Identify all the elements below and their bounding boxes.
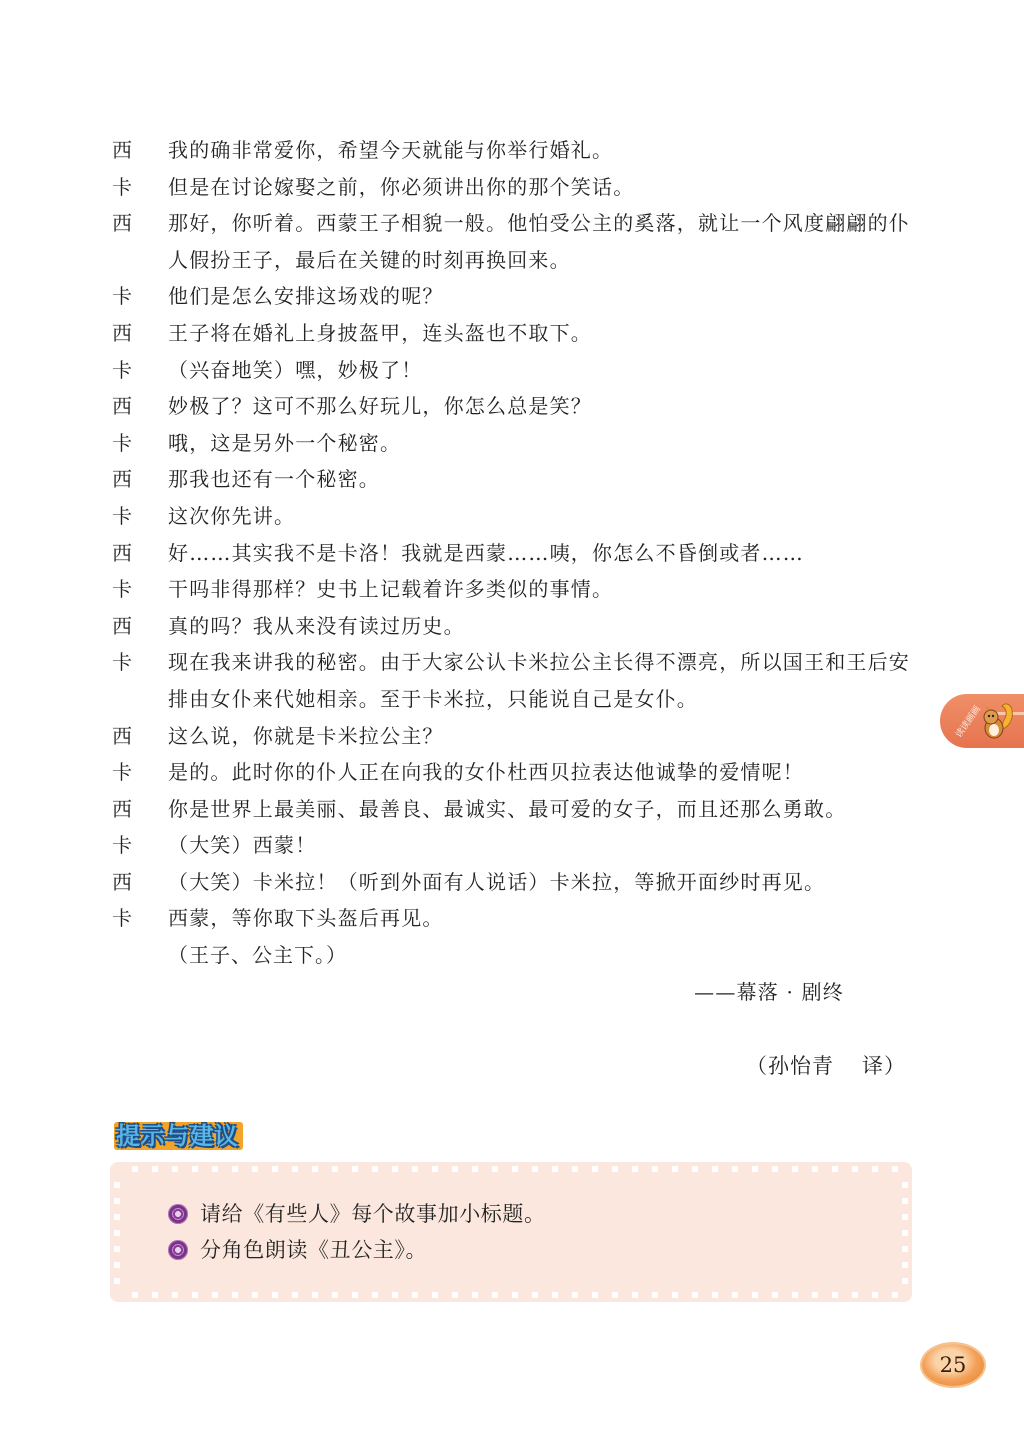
tips-heading: 提示与建议 [114, 1122, 243, 1150]
speech-text: （兴奋地笑）嘿，妙极了！ [168, 352, 922, 389]
speech-text: 这次你先讲。 [168, 498, 922, 535]
flower-bullet-icon [168, 1204, 188, 1224]
speech-text: 但是在讨论嫁娶之前，你必须讲出你的那个笑话。 [168, 169, 922, 206]
stamp-edge-left [114, 1172, 120, 1292]
speaker-label: 卡 [112, 571, 168, 608]
speaker-label: 卡 [112, 169, 168, 206]
dialogue-line: 西你是世界上最美丽、最善良、最诚实、最可爱的女子，而且还那么勇敢。 [112, 791, 922, 828]
speech-text: 现在我来讲我的秘密。由于大家公认卡米拉公主长得不漂亮，所以国王和王后安排由女仆来… [168, 644, 922, 717]
speaker-label: 西 [112, 388, 168, 425]
dialogue-line: 西这么说，你就是卡米拉公主？ [112, 718, 922, 755]
speech-text: （大笑）西蒙！ [168, 827, 922, 864]
dialogue-line: 西妙极了？这可不那么好玩儿，你怎么总是笑？ [112, 388, 922, 425]
tip-item: 请给《有些人》每个故事加小标题。 [168, 1196, 546, 1232]
dialogue-line: 西好……其实我不是卡洛！我就是西蒙……咦，你怎么不昏倒或者…… [112, 535, 922, 572]
speech-text: 你是世界上最美丽、最善良、最诚实、最可爱的女子，而且还那么勇敢。 [168, 791, 922, 828]
dialogue-line: 西那好，你听着。西蒙王子相貌一般。他怕受公主的奚落，就让一个风度翩翩的仆人假扮王… [112, 205, 922, 278]
curtain-end: ——幕落 · 剧终 [112, 974, 922, 1011]
speaker-label: 西 [112, 864, 168, 901]
speaker-label: 卡 [112, 278, 168, 315]
speech-text: 哦，这是另外一个秘密。 [168, 425, 922, 462]
speaker-label: 西 [112, 315, 168, 352]
tip-item: 分角色朗读《丑公主》。 [168, 1232, 546, 1268]
speech-text: 我的确非常爱你，希望今天就能与你举行婚礼。 [168, 132, 922, 169]
speech-text: 王子将在婚礼上身披盔甲，连头盔也不取下。 [168, 315, 922, 352]
tips-list: 请给《有些人》每个故事加小标题。 分角色朗读《丑公主》。 [168, 1196, 546, 1268]
speaker-label: 西 [112, 132, 168, 169]
speaker-label: 卡 [112, 644, 168, 717]
speech-text: 这么说，你就是卡米拉公主？ [168, 718, 922, 755]
squirrel-icon [978, 700, 1018, 742]
speaker-label: 卡 [112, 498, 168, 535]
translator-role: 译） [862, 1054, 906, 1078]
speaker-label: 卡 [112, 900, 168, 937]
speech-text: 西蒙，等你取下头盔后再见。 [168, 900, 922, 937]
dialogue-line: 卡但是在讨论嫁娶之前，你必须讲出你的那个笑话。 [112, 169, 922, 206]
dialogue-line: 卡他们是怎么安排这场戏的呢？ [112, 278, 922, 315]
dialogue-line: 西真的吗？我从来没有读过历史。 [112, 608, 922, 645]
speaker-label: 卡 [112, 754, 168, 791]
speech-text: （大笑）卡米拉！（听到外面有人说话）卡米拉，等掀开面纱时再见。 [168, 864, 922, 901]
speech-text: 他们是怎么安排这场戏的呢？ [168, 278, 922, 315]
speech-text: 真的吗？我从来没有读过历史。 [168, 608, 922, 645]
dialogue-line: 卡干吗非得那样？史书上记载着许多类似的事情。 [112, 571, 922, 608]
speaker-label: 西 [112, 205, 168, 278]
speech-text: 那我也还有一个秘密。 [168, 461, 922, 498]
speaker-label: 西 [112, 718, 168, 755]
dialogue-line: 卡是的。此时你的仆人正在向我的女仆杜西贝拉表达他诚挚的爱情呢！ [112, 754, 922, 791]
speaker-label: 西 [112, 608, 168, 645]
dialogue-line: 卡（兴奋地笑）嘿，妙极了！ [112, 352, 922, 389]
dialogue-line: 卡西蒙，等你取下头盔后再见。 [112, 900, 922, 937]
speaker-label: 西 [112, 461, 168, 498]
speech-text: 妙极了？这可不那么好玩儿，你怎么总是笑？ [168, 388, 922, 425]
stage-direction: （王子、公主下。） [112, 937, 922, 974]
tips-box: 请给《有些人》每个故事加小标题。 分角色朗读《丑公主》。 [110, 1162, 912, 1302]
dialogue-line: 西那我也还有一个秘密。 [112, 461, 922, 498]
speech-text: 好……其实我不是卡洛！我就是西蒙……咦，你怎么不昏倒或者…… [168, 535, 922, 572]
section-side-tab: 读读画画 [940, 694, 1024, 748]
dialogue-line: 卡哦，这是另外一个秘密。 [112, 425, 922, 462]
speaker-label: 卡 [112, 425, 168, 462]
dialogue-line: 西（大笑）卡米拉！（听到外面有人说话）卡米拉，等掀开面纱时再见。 [112, 864, 922, 901]
speech-text: 是的。此时你的仆人正在向我的女仆杜西贝拉表达他诚挚的爱情呢！ [168, 754, 922, 791]
stamp-edge-right [902, 1172, 908, 1292]
tip-text: 请给《有些人》每个故事加小标题。 [200, 1196, 546, 1232]
dialogue-line: 卡（大笑）西蒙！ [112, 827, 922, 864]
dialogue-line: 西王子将在婚礼上身披盔甲，连头盔也不取下。 [112, 315, 922, 352]
translator-name: （孙怡青 [746, 1054, 834, 1078]
speaker-label: 西 [112, 535, 168, 572]
tip-text: 分角色朗读《丑公主》。 [200, 1232, 427, 1268]
play-dialogue: 西我的确非常爱你，希望今天就能与你举行婚礼。 卡但是在讨论嫁娶之前，你必须讲出你… [112, 132, 922, 1010]
translator-credit: （孙怡青译） [746, 1050, 906, 1080]
speech-text: 那好，你听着。西蒙王子相貌一般。他怕受公主的奚落，就让一个风度翩翩的仆人假扮王子… [168, 205, 922, 278]
speaker-label: 卡 [112, 352, 168, 389]
speaker-label: 西 [112, 791, 168, 828]
speaker-label: 卡 [112, 827, 168, 864]
page-number-badge: 25 [922, 1344, 984, 1386]
speech-text: 干吗非得那样？史书上记载着许多类似的事情。 [168, 571, 922, 608]
dialogue-line: 西我的确非常爱你，希望今天就能与你举行婚礼。 [112, 132, 922, 169]
flower-bullet-icon [168, 1240, 188, 1260]
dialogue-line: 卡现在我来讲我的秘密。由于大家公认卡米拉公主长得不漂亮，所以国王和王后安排由女仆… [112, 644, 922, 717]
dialogue-line: 卡这次你先讲。 [112, 498, 922, 535]
